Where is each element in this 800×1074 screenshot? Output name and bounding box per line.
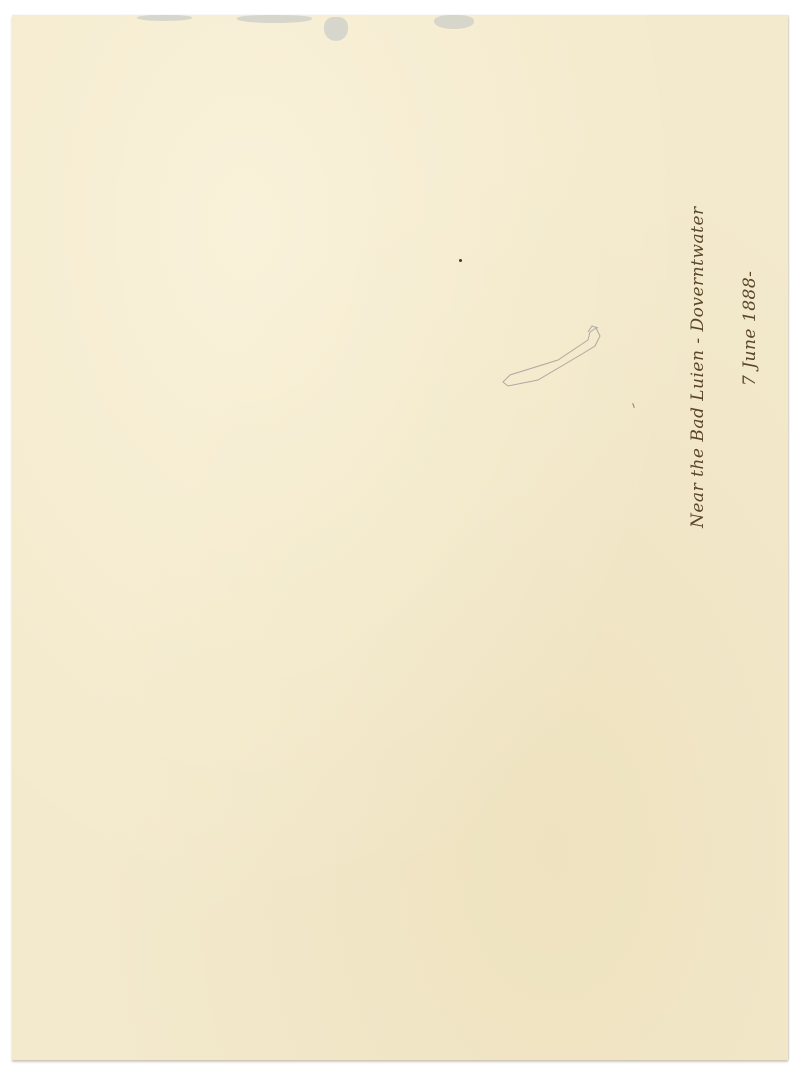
paint-smudge: [324, 17, 348, 41]
paper-sheet: [12, 15, 788, 1060]
inscription-location: Near the Bad Luien - Doverntwater: [688, 206, 708, 528]
inscription-date: 7 June 1888-: [740, 271, 760, 386]
pencil-sketch-icon: [498, 320, 608, 395]
ink-dot: [459, 259, 462, 262]
paint-smudge: [237, 15, 312, 23]
paint-smudge: [137, 15, 192, 21]
paint-smudge: [434, 15, 474, 29]
